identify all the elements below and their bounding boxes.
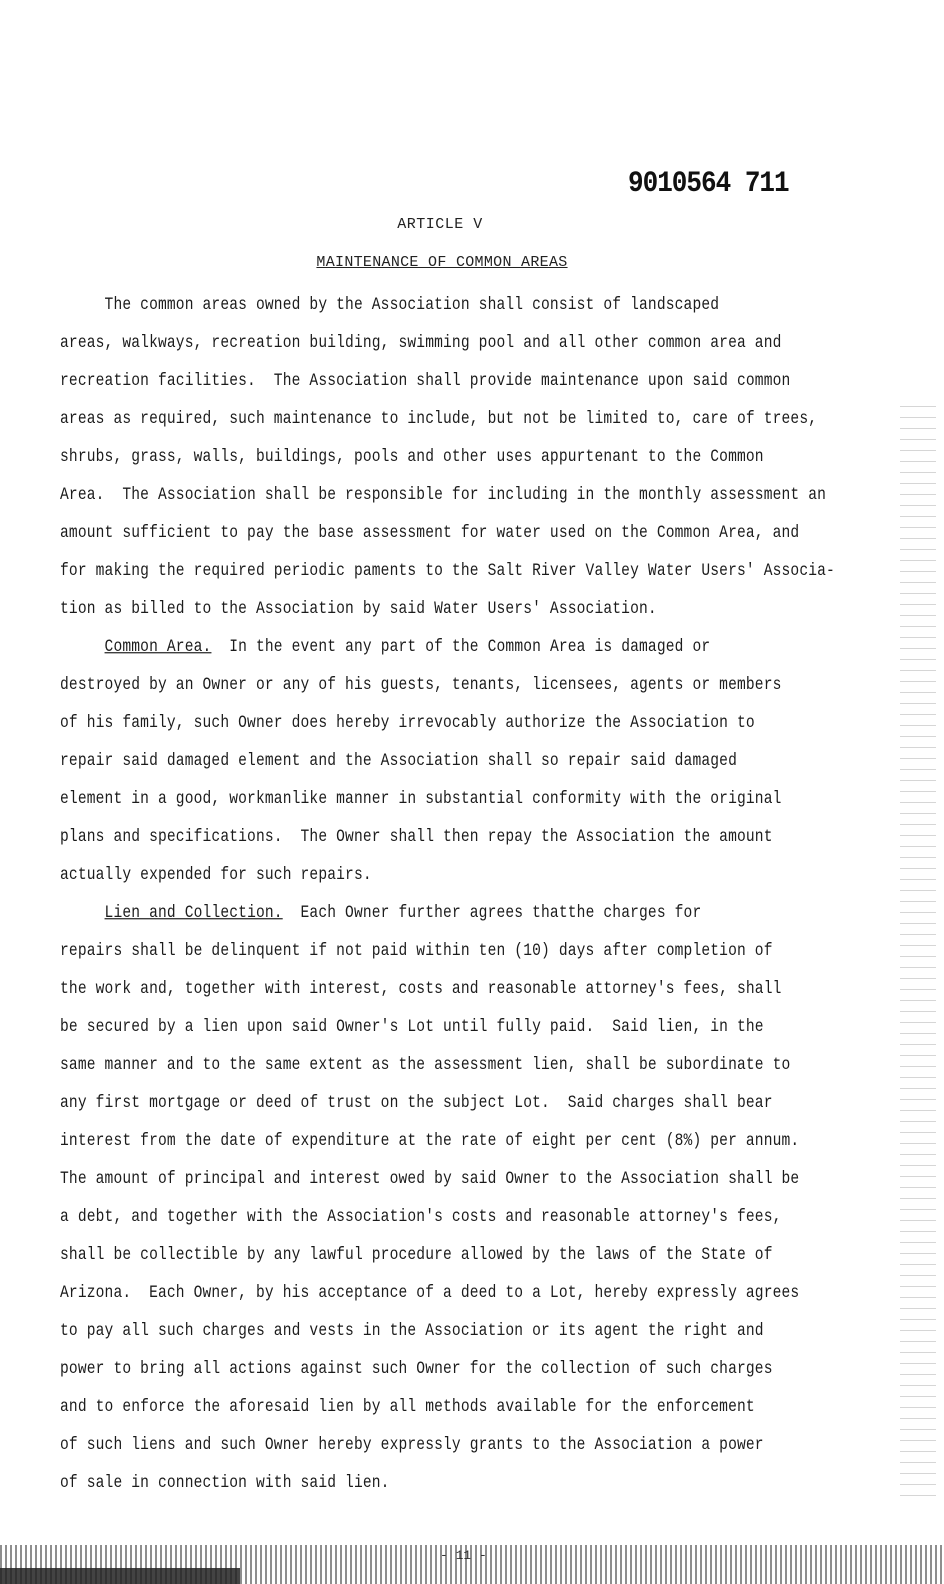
- text-line: to pay all such charges and vests in the…: [60, 1322, 764, 1341]
- scan-noise-corner: [0, 1568, 240, 1584]
- recording-number: 9010564 711: [628, 166, 789, 201]
- document-page: 9010564 711 ARTICLE V MAINTENANCE OF COM…: [0, 0, 944, 1584]
- text-line: plans and specifications. The Owner shal…: [60, 828, 773, 847]
- text-line: tion as billed to the Association by sai…: [60, 600, 657, 619]
- text-line: amount sufficient to pay the base assess…: [60, 524, 799, 543]
- section-heading: MAINTENANCE OF COMMON AREAS: [0, 254, 884, 271]
- text-line: The common areas owned by the Associatio…: [60, 296, 719, 315]
- text-line: interest from the date of expenditure at…: [60, 1132, 799, 1151]
- text-line: actually expended for such repairs.: [60, 866, 372, 885]
- text-line: be secured by a lien upon said Owner's L…: [60, 1018, 764, 1037]
- text-line: shrubs, grass, walls, buildings, pools a…: [60, 448, 764, 467]
- text-line: of sale in connection with said lien.: [60, 1474, 390, 1493]
- text-line: Arizona. Each Owner, by his acceptance o…: [60, 1284, 799, 1303]
- text-line: repair said damaged element and the Asso…: [60, 752, 737, 771]
- text-line: destroyed by an Owner or any of his gues…: [60, 676, 782, 695]
- text-line: power to bring all actions against such …: [60, 1360, 773, 1379]
- lien-label: Lien and Collection.: [105, 904, 283, 923]
- text-line: the work and, together with interest, co…: [60, 980, 782, 999]
- common-area-label: Common Area.: [105, 638, 212, 657]
- text-line: recreation facilities. The Association s…: [60, 372, 790, 391]
- text-line: element in a good, workmanlike manner in…: [60, 790, 782, 809]
- scan-noise-right: [900, 400, 936, 1500]
- text-line: a debt, and together with the Associatio…: [60, 1208, 782, 1227]
- text-line: same manner and to the same extent as th…: [60, 1056, 790, 1075]
- common-area-first-line: Common Area. In the event any part of th…: [60, 638, 710, 657]
- text-line: The amount of principal and interest owe…: [60, 1170, 799, 1189]
- lien-first-line: Lien and Collection. Each Owner further …: [60, 904, 701, 923]
- text-line: of his family, such Owner does hereby ir…: [60, 714, 755, 733]
- text-line: any first mortgage or deed of trust on t…: [60, 1094, 773, 1113]
- text-line: Area. The Association shall be responsib…: [60, 486, 826, 505]
- text-line: areas, walkways, recreation building, sw…: [60, 334, 782, 353]
- text-line: and to enforce the aforesaid lien by all…: [60, 1398, 755, 1417]
- text-line: shall be collectible by any lawful proce…: [60, 1246, 773, 1265]
- text-line: repairs shall be delinquent if not paid …: [60, 942, 773, 961]
- text-line: areas as required, such maintenance to i…: [60, 410, 817, 429]
- text-line: of such liens and such Owner hereby expr…: [60, 1436, 764, 1455]
- article-title: ARTICLE V: [0, 216, 880, 233]
- text-line: for making the required periodic paments…: [60, 562, 835, 581]
